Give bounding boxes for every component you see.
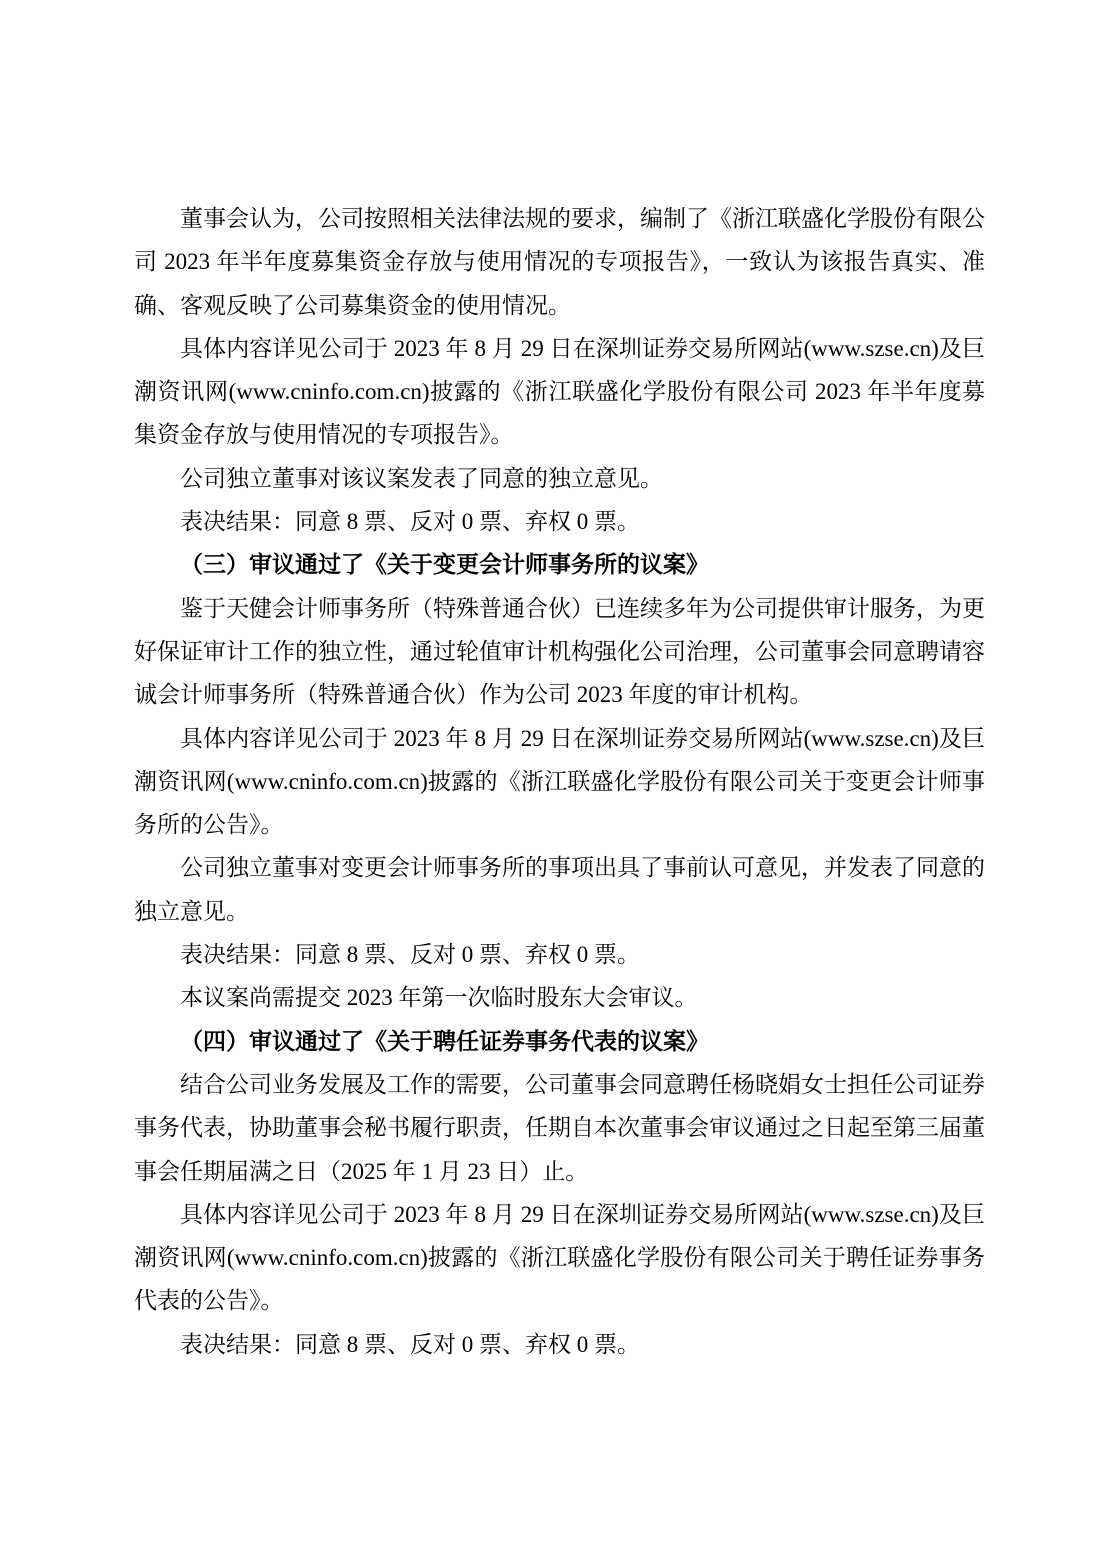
paragraph: 鉴于天健会计师事务所（特殊普通合伙）已连续多年为公司提供审计服务，为更好保证审计… [134,587,985,717]
paragraph: 公司独立董事对该议案发表了同意的独立意见。 [134,457,985,500]
paragraph: 公司独立董事对变更会计师事务所的事项出具了事前认可意见，并发表了同意的独立意见。 [134,846,985,933]
paragraph: 表决结果：同意 8 票、反对 0 票、弃权 0 票。 [134,1323,985,1366]
paragraph: 表决结果：同意 8 票、反对 0 票、弃权 0 票。 [134,500,985,543]
section-heading: （三）审议通过了《关于变更会计师事务所的议案》 [134,543,985,586]
paragraph: 具体内容详见公司于 2023 年 8 月 29 日在深圳证券交易所网站(www.… [134,327,985,457]
paragraph: 具体内容详见公司于 2023 年 8 月 29 日在深圳证券交易所网站(www.… [134,717,985,847]
paragraph: 结合公司业务发展及工作的需要，公司董事会同意聘任杨晓娟女士担任公司证券事务代表，… [134,1063,985,1193]
section-heading: （四）审议通过了《关于聘任证券事务代表的议案》 [134,1020,985,1063]
paragraph: 表决结果：同意 8 票、反对 0 票、弃权 0 票。 [134,933,985,976]
paragraph: 本议案尚需提交 2023 年第一次临时股东大会审议。 [134,976,985,1019]
document-page: 董事会认为，公司按照相关法律法规的要求，编制了《浙江联盛化学股份有限公司 202… [0,0,1102,1559]
paragraph: 具体内容详见公司于 2023 年 8 月 29 日在深圳证券交易所网站(www.… [134,1193,985,1323]
document-body: 董事会认为，公司按照相关法律法规的要求，编制了《浙江联盛化学股份有限公司 202… [134,197,985,1366]
paragraph: 董事会认为，公司按照相关法律法规的要求，编制了《浙江联盛化学股份有限公司 202… [134,197,985,327]
